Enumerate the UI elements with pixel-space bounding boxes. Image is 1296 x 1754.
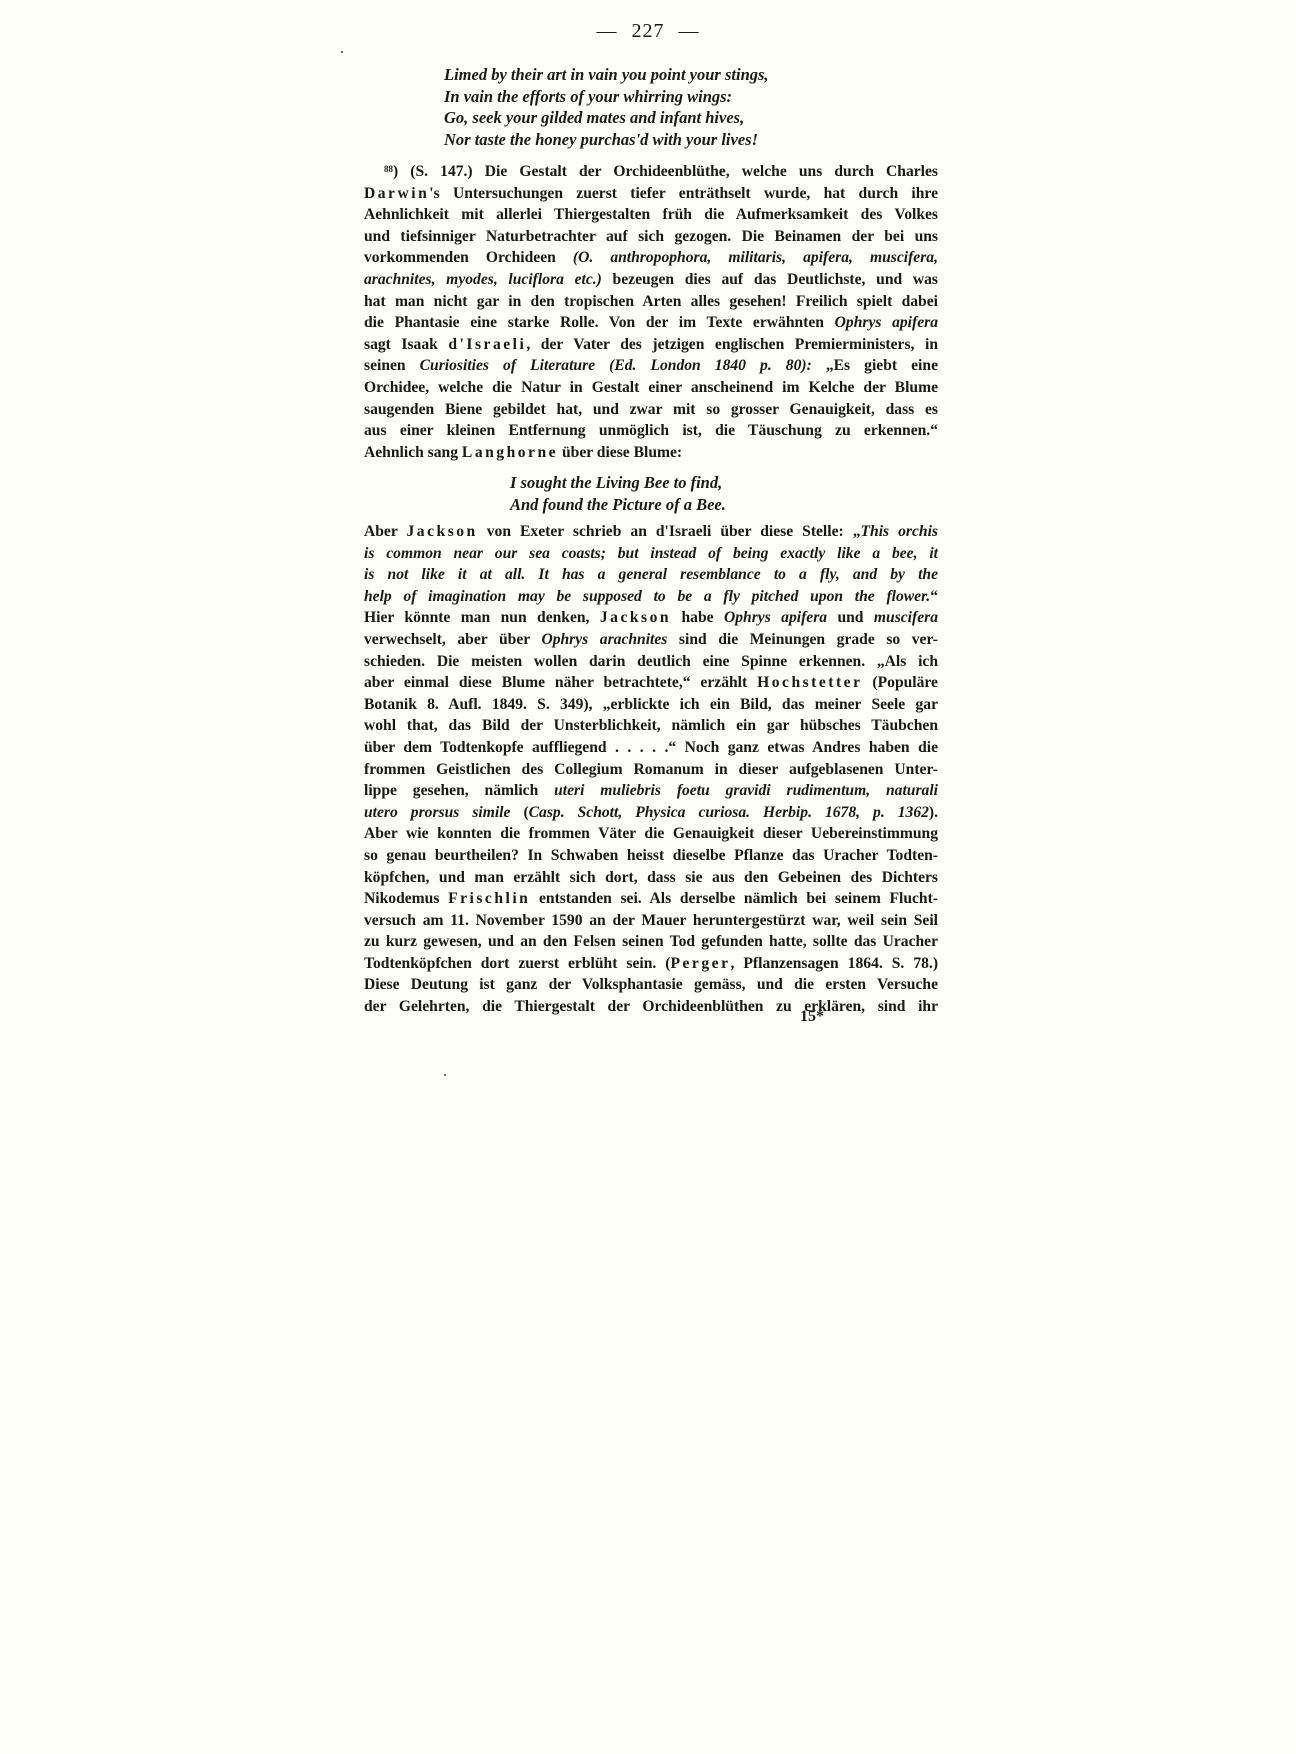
text-line: utero prorsus simile (Casp. Schott, Phys…: [364, 802, 938, 824]
spaced-name: Langhorne: [462, 444, 558, 461]
verse-quote-2: I sought the Living Bee to find, And fou…: [510, 472, 726, 515]
verse-line: And found the Picture of a Bee.: [510, 494, 726, 516]
text-run: versuch am 11. November 1590 an der Maue…: [364, 912, 938, 929]
italic-text: Casp. Schott, Physica curiosa. Herbip. 1…: [529, 804, 929, 821]
text-line: 88) (S. 147.) Die Gestalt der Orchideenb…: [364, 161, 938, 183]
verse-line: I sought the Living Bee to find,: [510, 472, 726, 494]
text-line: Hier könnte man nun denken, Jackson habe…: [364, 607, 938, 629]
text-run: frommen Geistlichen des Collegium Romanu…: [364, 761, 938, 778]
text-run: 's Untersuchungen zuerst tiefer enträths…: [429, 185, 938, 202]
text-run: aber einmal diese Blume näher betrachtet…: [364, 674, 757, 691]
text-run: und: [827, 609, 874, 626]
verse-line: Nor taste the honey purchas'd with your …: [444, 129, 769, 151]
text-line: Todtenköpfchen dort zuerst erblüht sein.…: [364, 953, 938, 975]
italic-text: is not like it at all. It has a general …: [364, 566, 938, 583]
text-line: Nikodemus Frischlin entstanden sei. Als …: [364, 888, 938, 910]
text-run: seinen: [364, 357, 420, 374]
text-run: und tiefsinniger Naturbetrachter auf sic…: [364, 228, 938, 245]
text-run: Botanik 8. Aufl. 1849. S. 349), „erblick…: [364, 696, 938, 713]
text-run: sagt Isaak: [364, 336, 448, 353]
text-line: aber einmal diese Blume näher betrachtet…: [364, 672, 938, 694]
text-line: die Phantasie eine starke Rolle. Von der…: [364, 312, 938, 334]
text-line: Orchidee, welche die Natur in Gestalt ei…: [364, 377, 938, 399]
text-line: Aehnlich sang Langhorne über diese Blume…: [364, 442, 938, 464]
text-run: ).: [929, 804, 938, 821]
text-line: is common near our sea coasts; but inste…: [364, 543, 938, 565]
text-run: Todtenköpfchen dort zuerst erblüht sein.…: [364, 955, 670, 972]
text-run: Nikodemus: [364, 890, 448, 907]
text-run: (Populäre: [863, 674, 938, 691]
text-line: arachnites, myodes, luciflora etc.) beze…: [364, 269, 938, 291]
text-line: frommen Geistlichen des Collegium Romanu…: [364, 759, 938, 781]
text-line: Aber Jackson von Exeter schrieb an d'Isr…: [364, 521, 938, 543]
spaced-name: d'Israeli: [448, 336, 526, 353]
text-run: köpfchen, und man erzählt sich dort, das…: [364, 869, 938, 886]
text-run: so genau beurtheilen? In Schwaben heisst…: [364, 847, 938, 864]
page-number-dash-left: —: [597, 20, 618, 43]
text-line: so genau beurtheilen? In Schwaben heisst…: [364, 845, 938, 867]
text-run: (: [510, 804, 528, 821]
italic-text: utero prorsus simile: [364, 804, 510, 821]
text-run: über dem Todtenkopfe auffliegend . . . .…: [364, 739, 938, 756]
italic-text: muscifera: [874, 609, 938, 626]
document-page: —227— Limed by their art in vain you poi…: [0, 0, 1296, 1754]
italic-text: Ophrys apifera: [724, 609, 827, 626]
italic-text: This orchis: [861, 523, 938, 540]
text-line: über dem Todtenkopfe auffliegend . . . .…: [364, 737, 938, 759]
spaced-name: Darwin: [364, 185, 429, 202]
text-run: Aber wie konnten die frommen Väter die G…: [364, 825, 938, 842]
text-line: is not like it at all. It has a general …: [364, 564, 938, 586]
text-run: entstanden sei. Als derselbe nämlich bei…: [530, 890, 938, 907]
verse-quote-1: Limed by their art in vain you point you…: [444, 64, 769, 150]
text-line: schieden. Die meisten wollen darin deutl…: [364, 651, 938, 673]
text-run: , der Vater des jetzigen englischen Prem…: [526, 336, 938, 353]
text-line: köpfchen, und man erzählt sich dort, das…: [364, 867, 938, 889]
spaced-name: Perger: [670, 955, 730, 972]
italic-text: Ophrys apifera: [835, 314, 938, 331]
text-run: die Phantasie eine starke Rolle. Von der…: [364, 314, 835, 331]
text-run: lippe gesehen, nämlich: [364, 782, 554, 799]
text-line: Diese Deutung ist ganz der Volksphantasi…: [364, 974, 938, 996]
footnote-88-paragraph-1: 88) (S. 147.) Die Gestalt der Orchideenb…: [364, 161, 938, 463]
scan-speck: [444, 1074, 446, 1076]
text-line: und tiefsinniger Naturbetrachter auf sic…: [364, 226, 938, 248]
text-run: von Exeter schrieb an d'Israeli über die…: [478, 523, 861, 540]
text-run: habe: [671, 609, 724, 626]
text-run: Aehnlich sang: [364, 444, 462, 461]
footnote-88-paragraph-2: Aber Jackson von Exeter schrieb an d'Isr…: [364, 521, 938, 1018]
verse-line: In vain the efforts of your whirring win…: [444, 86, 769, 108]
text-line: Aber wie konnten die frommen Väter die G…: [364, 823, 938, 845]
text-line: Botanik 8. Aufl. 1849. S. 349), „erblick…: [364, 694, 938, 716]
text-run: über diese Blume:: [558, 444, 682, 461]
text-run: , Pflanzensagen 1864. S. 78.): [731, 955, 939, 972]
text-run: hat man nicht gar in den tropischen Arte…: [364, 293, 938, 310]
italic-text: arachnites, myodes, luciflora etc.): [364, 271, 602, 288]
verse-line: Limed by their art in vain you point you…: [444, 64, 769, 86]
text-run: Diese Deutung ist ganz der Volksphantasi…: [364, 976, 938, 993]
text-run: zu kurz gewesen, und an den Felsen seine…: [364, 933, 938, 950]
text-line: verwechselt, aber über Ophrys arachnites…: [364, 629, 938, 651]
footnote-marker: 88: [384, 164, 393, 174]
signature-mark: 15*: [800, 1008, 824, 1026]
italic-text: Ophrys arachnites: [541, 631, 667, 648]
text-run: wohl that, das Bild der Unsterblichkeit,…: [364, 717, 938, 734]
italic-text: uteri muliebris foetu gravidi rudimentum…: [554, 782, 938, 799]
text-run: der Gelehrten, die Thiergestalt der Orch…: [364, 998, 938, 1015]
text-line: help of imagination may be supposed to b…: [364, 586, 938, 608]
spaced-name: Jackson: [407, 523, 478, 540]
page-number: —227—: [0, 20, 1296, 43]
spaced-name: Hochstetter: [757, 674, 862, 691]
text-line: vorkommenden Orchideen (O. anthropophora…: [364, 247, 938, 269]
text-run: bezeugen dies auf das Deutlichste, und w…: [602, 271, 938, 288]
text-line: saugenden Biene gebildet hat, und zwar m…: [364, 399, 938, 421]
text-run: vorkommenden Orchideen: [364, 249, 573, 266]
text-line: lippe gesehen, nämlich uteri muliebris f…: [364, 780, 938, 802]
italic-text: is common near our sea coasts; but inste…: [364, 545, 938, 562]
text-run: „Es giebt eine: [812, 357, 938, 374]
text-run: Hier könnte man nun denken,: [364, 609, 600, 626]
text-line: zu kurz gewesen, und an den Felsen seine…: [364, 931, 938, 953]
verse-line: Go, seek your gilded mates and infant hi…: [444, 107, 769, 129]
text-line: hat man nicht gar in den tropischen Arte…: [364, 291, 938, 313]
spaced-name: Frischlin: [448, 890, 530, 907]
text-line: Darwin's Untersuchungen zuerst tiefer en…: [364, 183, 938, 205]
text-run: Orchidee, welche die Natur in Gestalt ei…: [364, 379, 938, 396]
italic-text: help of imagination may be supposed to b…: [364, 588, 930, 605]
text-run: sind die Meinungen grade so ver-: [667, 631, 938, 648]
scan-speck: [341, 51, 343, 53]
text-run: aus einer kleinen Entfernung unmöglich i…: [364, 422, 938, 439]
text-run: Aehnlichkeit mit allerlei Thiergestalten…: [364, 206, 938, 223]
text-line: der Gelehrten, die Thiergestalt der Orch…: [364, 996, 938, 1018]
page-number-value: 227: [632, 20, 665, 42]
text-run: saugenden Biene gebildet hat, und zwar m…: [364, 401, 938, 418]
text-run: “: [930, 588, 938, 605]
text-line: sagt Isaak d'Israeli, der Vater des jetz…: [364, 334, 938, 356]
text-run: Aber: [364, 523, 407, 540]
page-number-dash-right: —: [679, 20, 700, 43]
text-line: versuch am 11. November 1590 an der Maue…: [364, 910, 938, 932]
text-line: seinen Curiosities of Literature (Ed. Lo…: [364, 355, 938, 377]
italic-text: Curiosities of Literature (Ed. London 18…: [420, 357, 812, 374]
text-run: ) (S. 147.) Die Gestalt der Orchideenblü…: [393, 163, 938, 180]
text-run: verwechselt, aber über: [364, 631, 541, 648]
italic-text: (O. anthropophora, militaris, apifera, m…: [573, 249, 938, 266]
text-run: schieden. Die meisten wollen darin deutl…: [364, 653, 938, 670]
text-line: aus einer kleinen Entfernung unmöglich i…: [364, 420, 938, 442]
spaced-name: Jackson: [600, 609, 671, 626]
text-line: wohl that, das Bild der Unsterblichkeit,…: [364, 715, 938, 737]
text-line: Aehnlichkeit mit allerlei Thiergestalten…: [364, 204, 938, 226]
